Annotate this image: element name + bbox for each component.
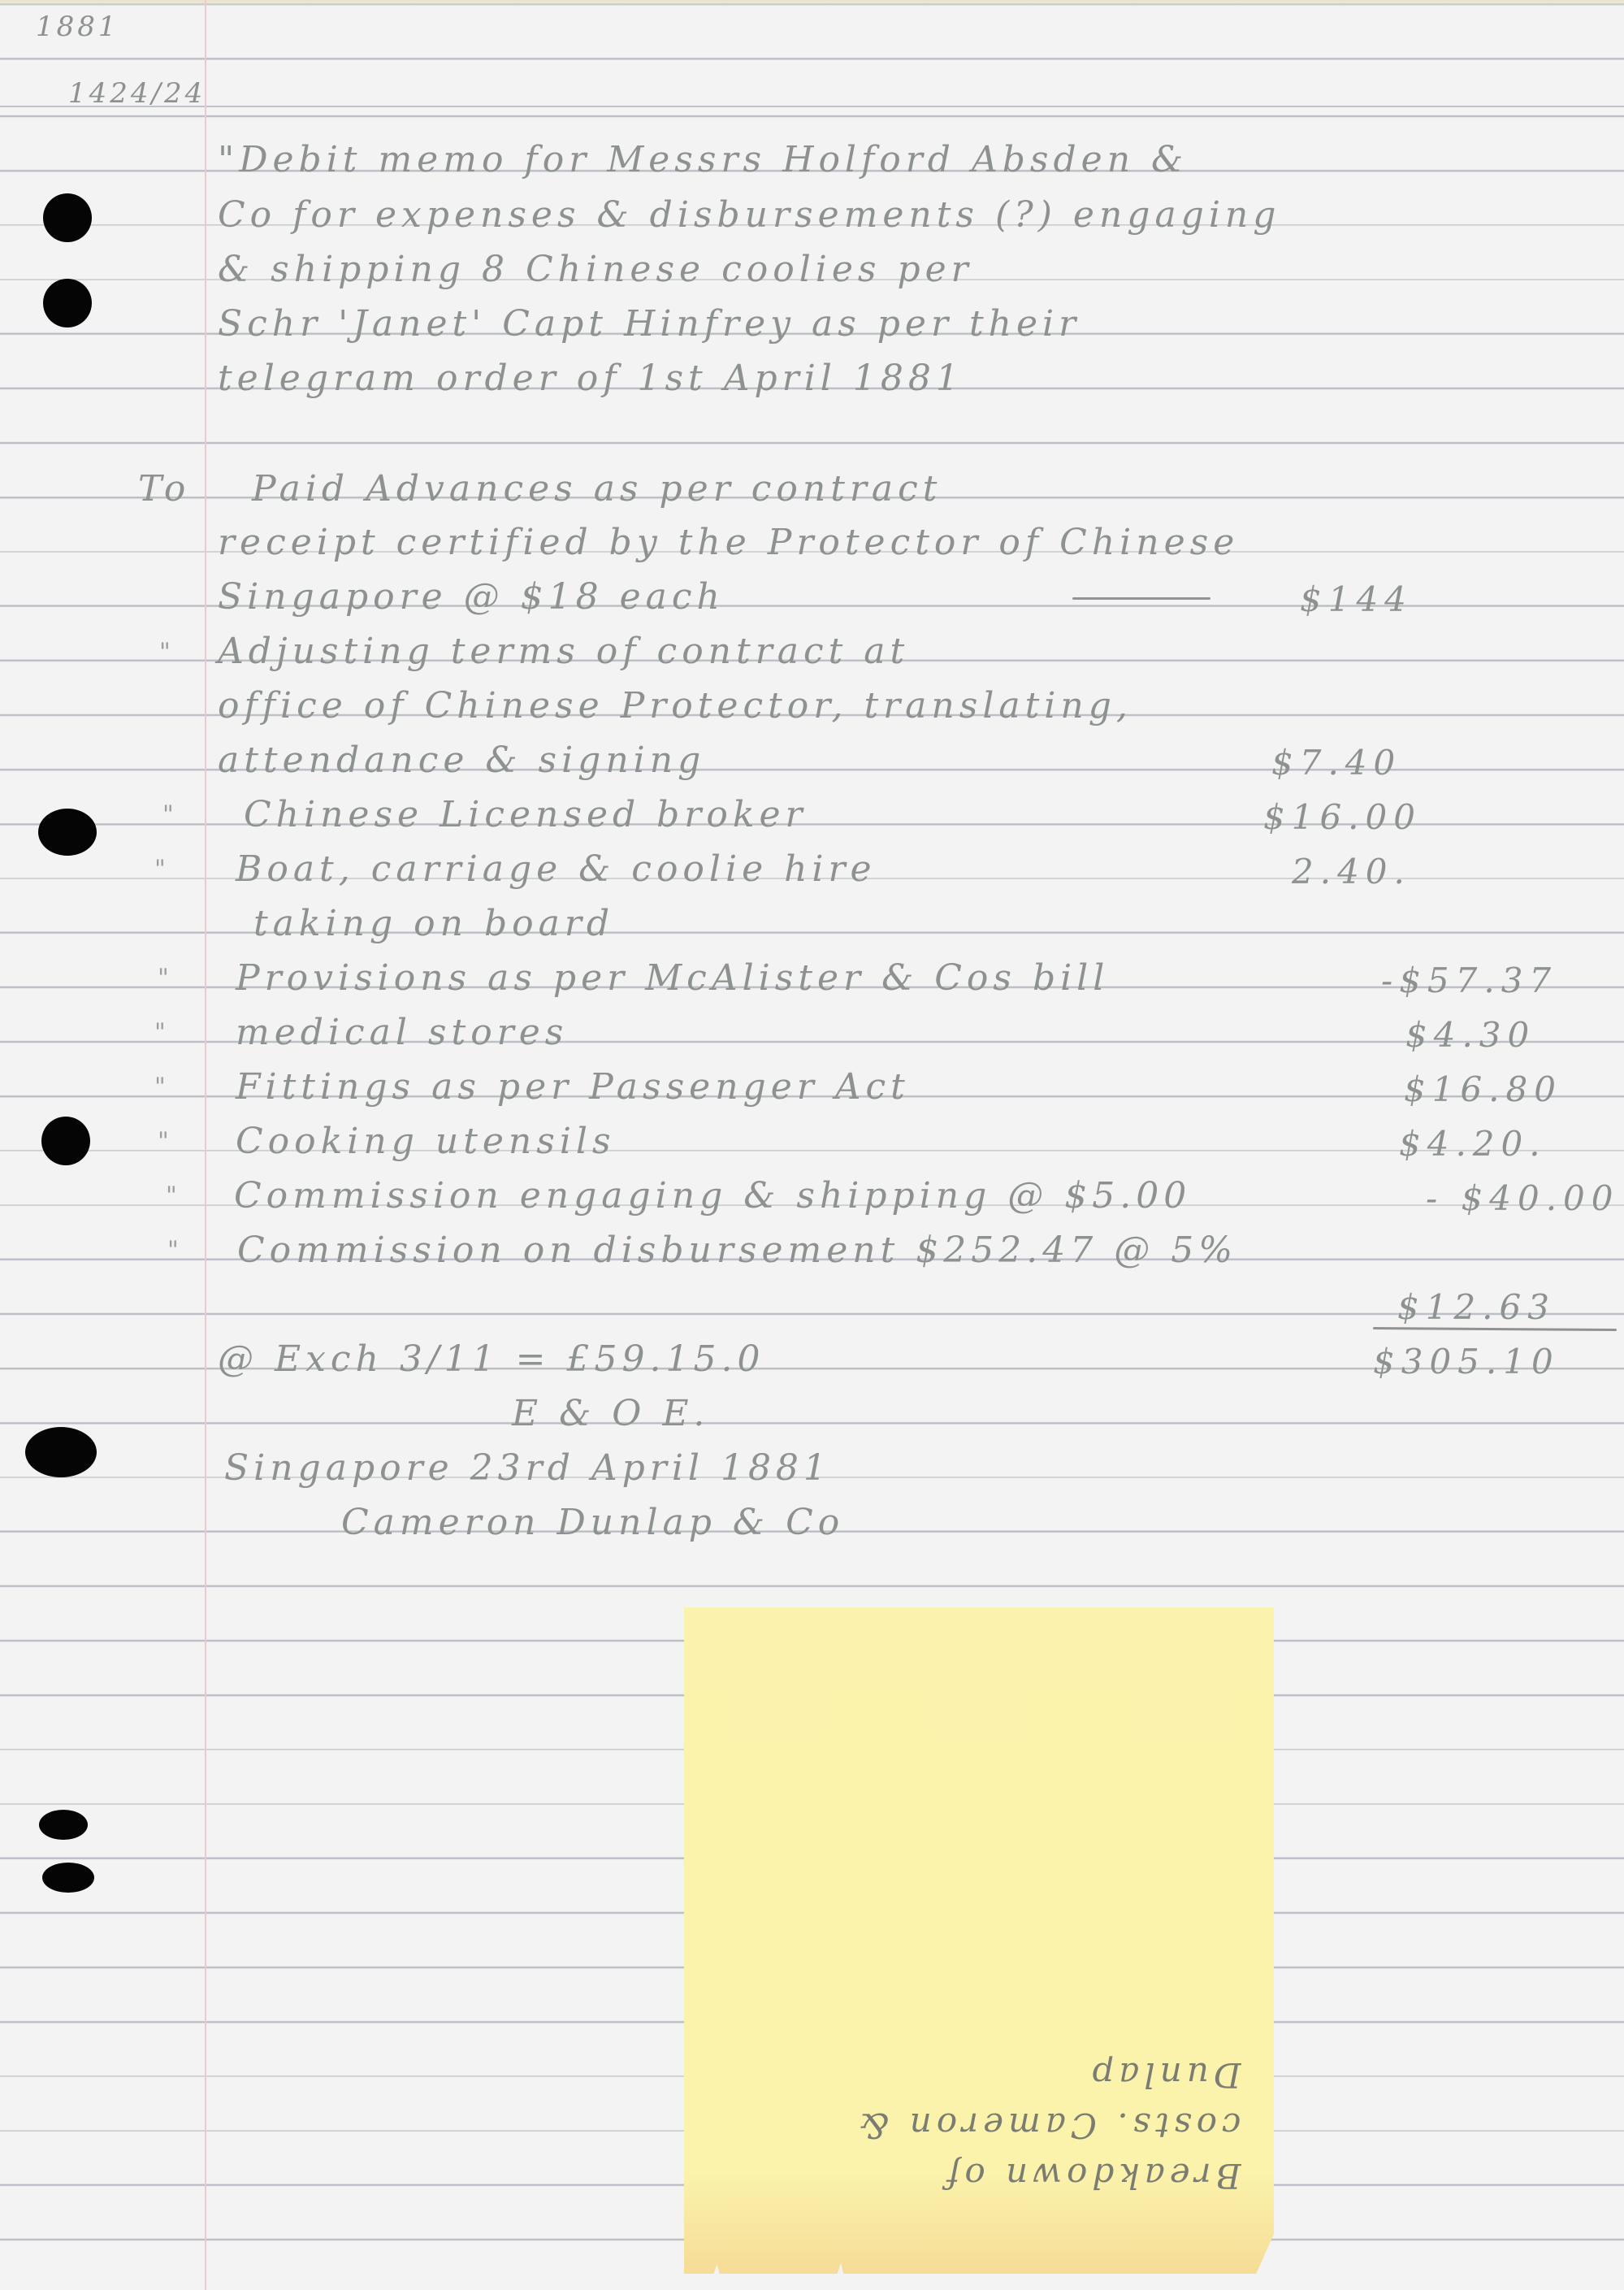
item-text: Cooking utensils: [236, 1124, 616, 1160]
exchange-line: @ Exch 3/11 = £59.15.0: [218, 1342, 764, 1377]
item-text: Commission on disbursement $252.47 @ 5%: [237, 1233, 1237, 1269]
reference-year: 1881: [36, 13, 119, 41]
sticky-note: Breakdown of costs. Cameron & Dunlap: [684, 1607, 1274, 2274]
item-text: Singapore @ $18 each: [218, 579, 725, 615]
item-text: Commission engaging & shipping @ $5.00: [234, 1178, 1191, 1214]
item-amount: $16.00: [1263, 797, 1422, 837]
binder-hole: [42, 1863, 94, 1893]
heading-line: Schr 'Janet' Capt Hinfrey as per their: [218, 306, 1081, 342]
heading-line: Co for expenses & disbursements (?) enga…: [218, 197, 1280, 233]
item-amount: $7.40: [1271, 743, 1401, 783]
sticky-note-line: Breakdown of: [854, 2150, 1241, 2201]
heading-line: "Debit memo for Messrs Holford Absden &: [218, 142, 1188, 178]
binder-hole: [41, 1117, 90, 1165]
heading-line: & shipping 8 Chinese coolies per: [218, 252, 973, 288]
total-amount: $305.10: [1373, 1342, 1560, 1381]
item-text: Chinese Licensed broker: [244, 797, 808, 833]
item-amount: $16.80: [1404, 1069, 1562, 1109]
errors-omissions-excepted: E & O E.: [512, 1396, 709, 1432]
header-rule-line: [0, 106, 1624, 107]
total-underline: [1373, 1327, 1617, 1331]
item-amount: $144: [1300, 579, 1413, 619]
item-text: medical stores: [236, 1015, 568, 1051]
margin-line: [205, 0, 206, 2290]
leader-dash: [1072, 597, 1210, 600]
item-text: Adjusting terms of contract at: [218, 634, 909, 670]
ruled-notebook-page: 1881 1424/24 "Debit memo for Messrs Holf…: [0, 0, 1624, 2290]
paper-edge-stain: [0, 0, 1624, 7]
ditto-mark: ": [154, 855, 166, 883]
signature: Cameron Dunlap & Co: [341, 1505, 844, 1541]
item-text: receipt certified by the Protector of Ch…: [218, 525, 1239, 561]
binder-hole: [43, 279, 92, 327]
to-label: To: [138, 471, 190, 507]
sticky-note-line: Dunlap: [854, 2049, 1241, 2100]
item-text: attendance & signing: [218, 743, 705, 779]
reference-number: 1424/24: [68, 80, 206, 107]
item-text: Boat, carriage & coolie hire: [236, 852, 877, 887]
item-text: taking on board: [253, 906, 614, 942]
item-amount: -$57.37: [1381, 961, 1557, 1000]
item-amount: $4.30: [1405, 1015, 1535, 1055]
ditto-mark: ": [154, 1018, 166, 1047]
item-amount: $4.20.: [1399, 1124, 1547, 1164]
item-amount: $12.63: [1397, 1287, 1556, 1327]
item-text: office of Chinese Protector, translating…: [218, 688, 1132, 724]
item-amount: 2.40.: [1292, 852, 1411, 891]
heading-line: telegram order of 1st April 1881: [218, 361, 964, 397]
binder-hole: [38, 809, 97, 856]
ditto-mark: ": [167, 1236, 179, 1264]
binder-hole: [39, 1810, 88, 1840]
ditto-mark: ": [162, 800, 174, 829]
ditto-mark: ": [154, 1073, 166, 1101]
sticky-note-text: Breakdown of costs. Cameron & Dunlap: [854, 2049, 1241, 2201]
binder-hole: [43, 193, 92, 242]
item-amount: - $40.00: [1426, 1178, 1620, 1218]
item-text: Fittings as per Passenger Act: [236, 1069, 910, 1105]
ditto-mark: ": [158, 964, 169, 992]
sticky-note-line: costs. Cameron &: [854, 2100, 1241, 2150]
ditto-mark: ": [158, 1127, 169, 1156]
binder-hole: [25, 1427, 97, 1477]
ditto-mark: ": [159, 638, 171, 666]
ditto-mark: ": [166, 1182, 177, 1210]
item-text: Provisions as per McAlister & Cos bill: [236, 961, 1109, 996]
place-date: Singapore 23rd April 1881: [224, 1451, 831, 1486]
item-text: Paid Advances as per contract: [252, 471, 942, 507]
